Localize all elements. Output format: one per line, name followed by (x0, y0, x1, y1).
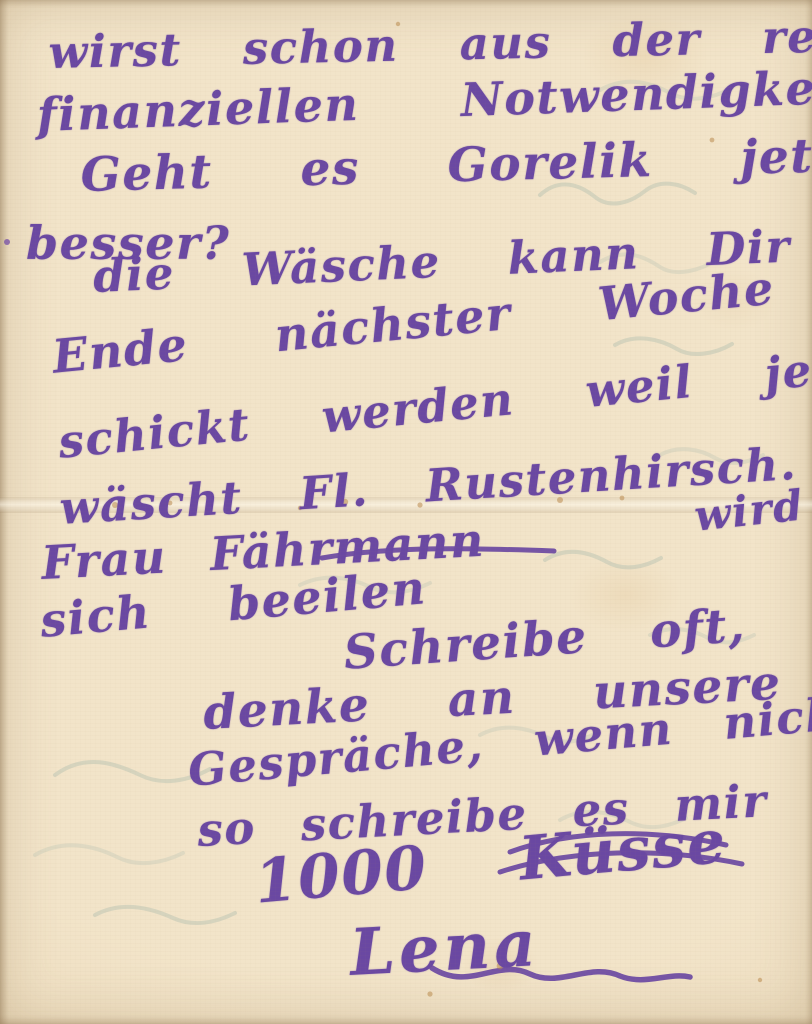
letter-line: wird (692, 481, 806, 541)
signature: Lena (348, 906, 541, 991)
letter-line: Geht es Gorelik jetzt (80, 127, 812, 203)
letter-page: wirst schon aus der rein finanziellen No… (0, 0, 812, 1024)
